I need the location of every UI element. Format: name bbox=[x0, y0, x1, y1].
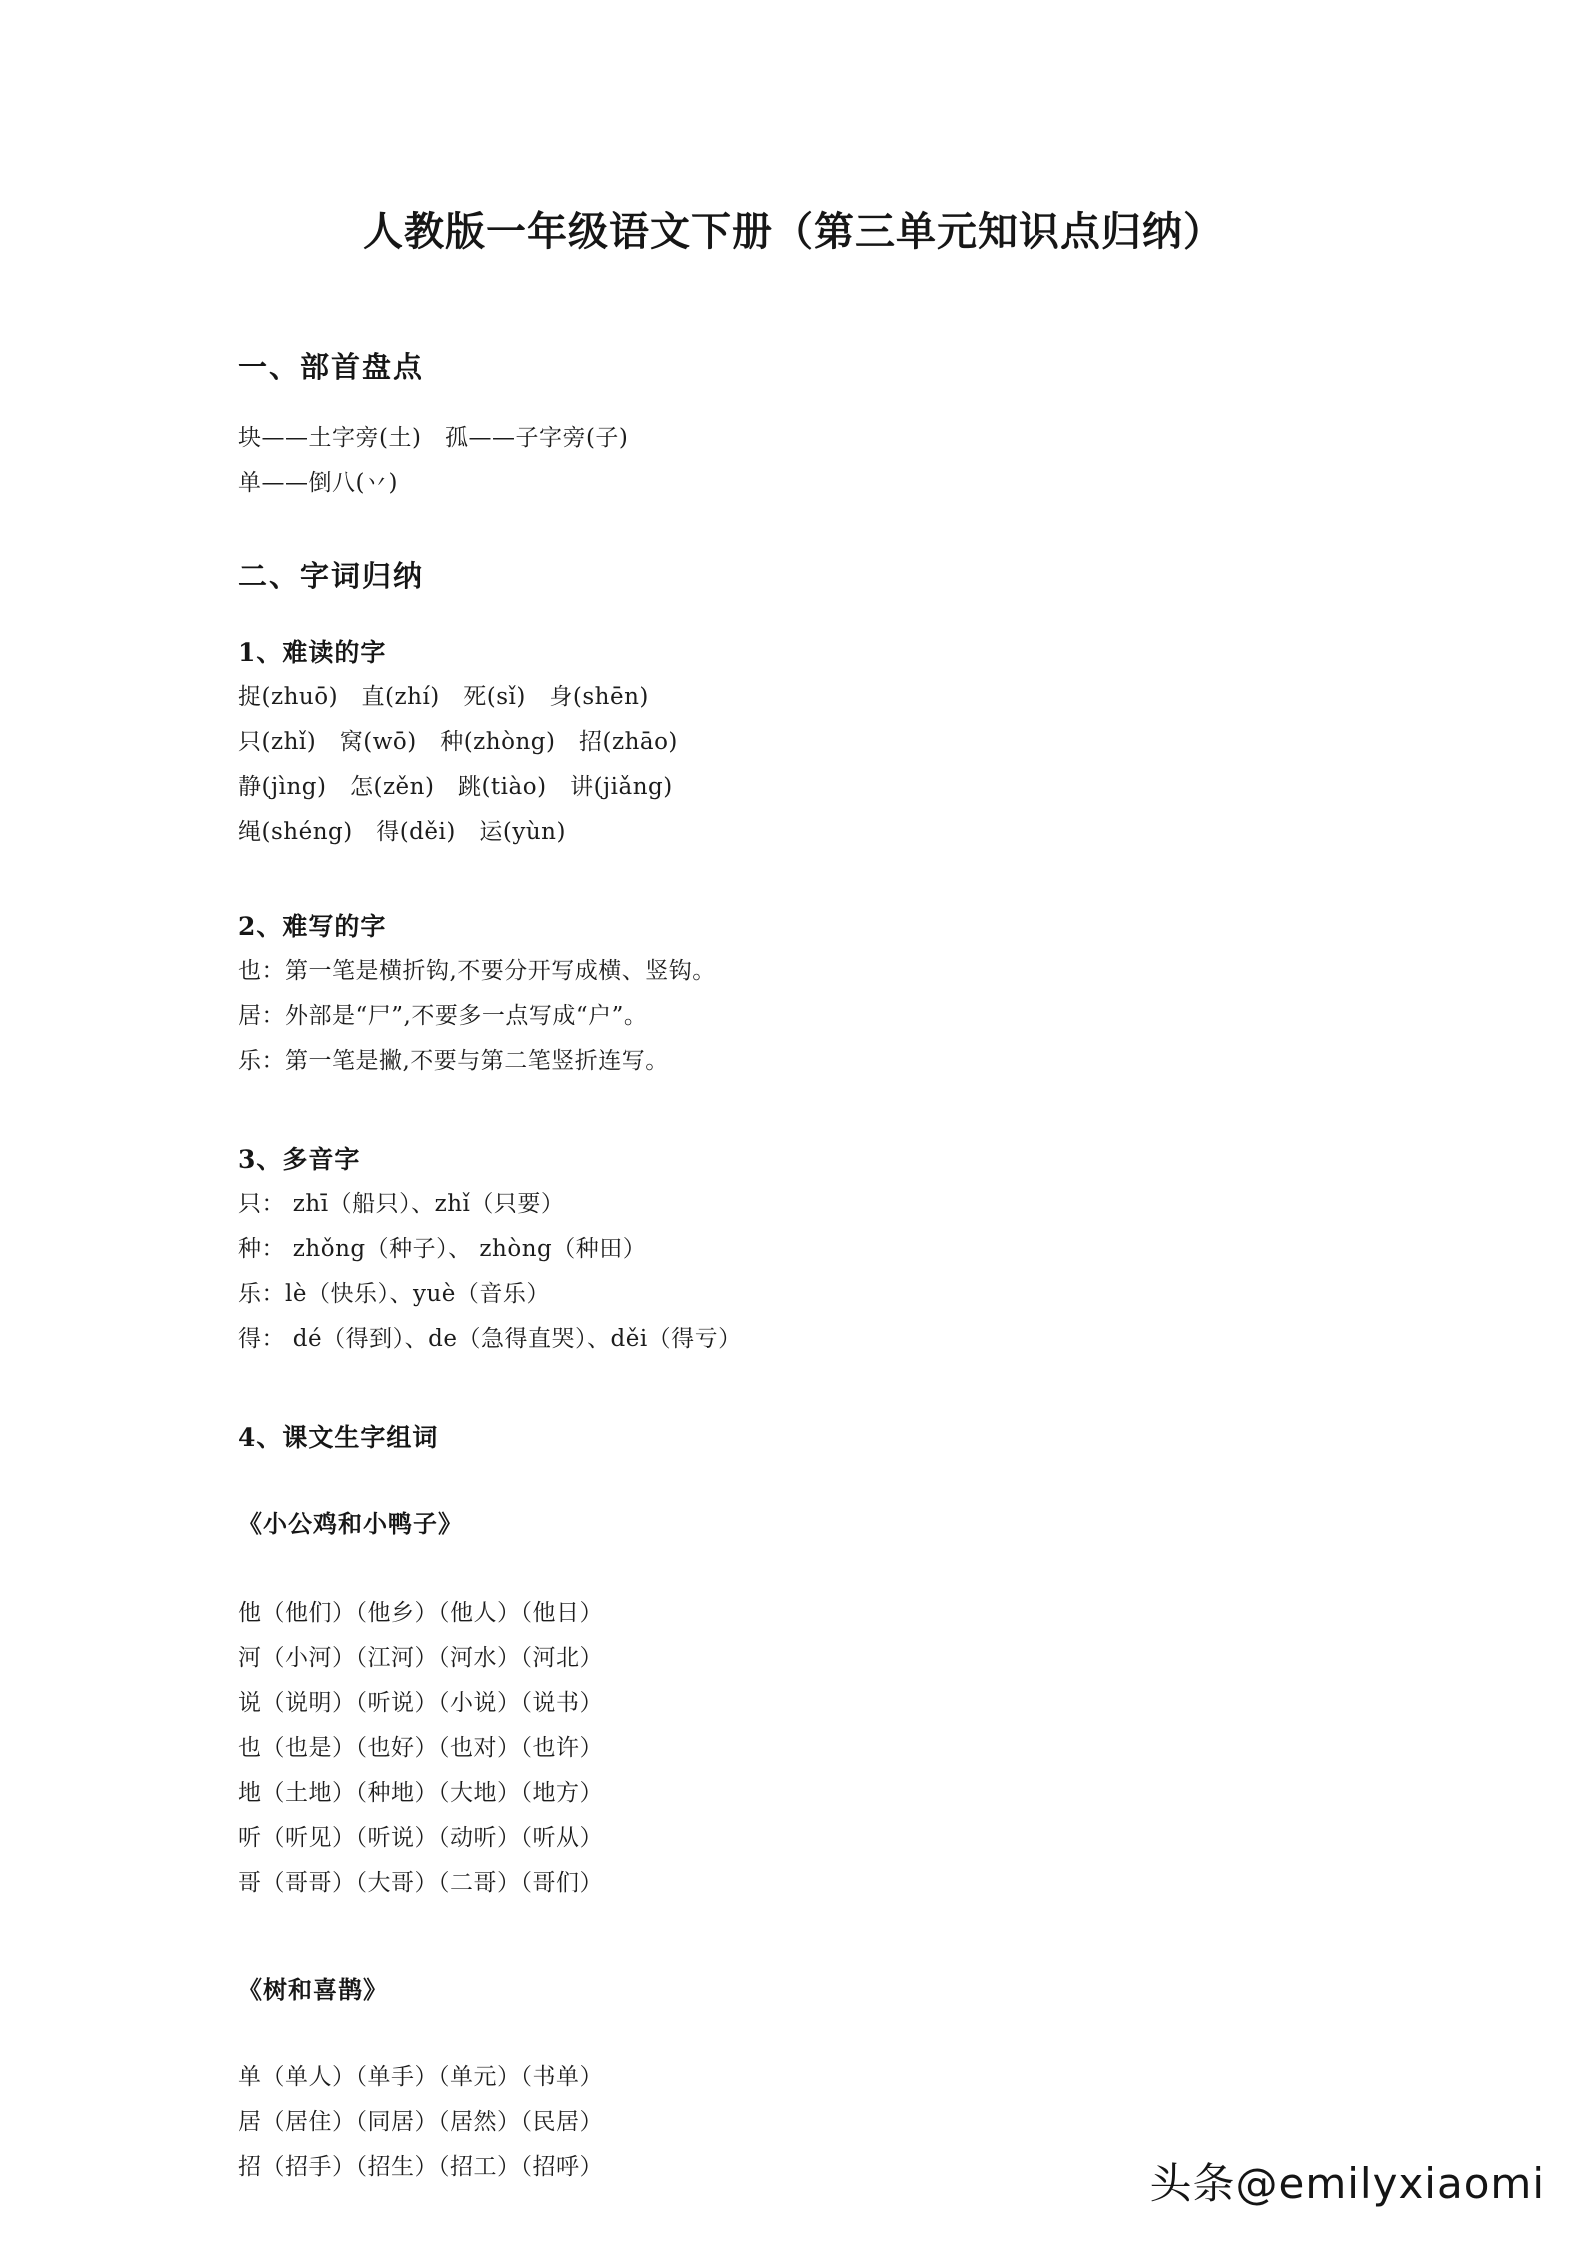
writing-note-line: 乐：第一笔是撇,不要与第二笔竖折连写。 bbox=[238, 1039, 1467, 1084]
writing-note-line: 居：外部是“尸”,不要多一点写成“户”。 bbox=[238, 994, 1467, 1039]
section-words: 二、字词归纳 1、难读的字 捉(zhuō) 直(zhí) 死(sǐ) 身(shē… bbox=[238, 554, 1467, 2190]
subsection-hard-to-read-heading: 1、难读的字 bbox=[238, 633, 1467, 669]
section-radicals: 一、部首盘点 块——土字旁(土) 孤——子字旁(子) 单——倒八(丷) bbox=[238, 345, 1467, 506]
word-group-line: 居（居住）（同居）（居然）（民居） bbox=[238, 2100, 1467, 2145]
watermark: 头条@emilyxiaomi bbox=[1150, 2151, 1546, 2211]
word-group-line: 哥（哥哥）（大哥）（二哥）（哥们） bbox=[238, 1861, 1467, 1906]
pinyin-line: 捉(zhuō) 直(zhí) 死(sǐ) 身(shēn) bbox=[238, 675, 1467, 720]
lesson1-word-groups: 他（他们）（他乡）（他人）（他日） 河（小河）（江河）（河水）（河北） 说（说明… bbox=[238, 1591, 1467, 1906]
lesson1-title: 《小公鸡和小鸭子》 bbox=[238, 1504, 1467, 1539]
pinyin-line: 静(jìng) 怎(zěn) 跳(tiào) 讲(jiǎng) bbox=[238, 765, 1467, 810]
section-words-heading: 二、字词归纳 bbox=[238, 554, 1467, 595]
polyphonic-line: 种： zhǒng（种子）、 zhòng（种田） bbox=[238, 1227, 1467, 1272]
pinyin-line: 绳(shéng) 得(děi) 运(yùn) bbox=[238, 810, 1467, 855]
page-title: 人教版一年级语文下册（第三单元知识点归纳） bbox=[0, 0, 1587, 257]
document-content: 一、部首盘点 块——土字旁(土) 孤——子字旁(子) 单——倒八(丷) 二、字词… bbox=[0, 345, 1587, 2190]
word-group-line: 河（小河）（江河）（河水）（河北） bbox=[238, 1636, 1467, 1681]
word-group-line: 听（听见）（听说）（动听）（听从） bbox=[238, 1816, 1467, 1861]
subsection-hard-to-write-heading: 2、难写的字 bbox=[238, 907, 1467, 943]
polyphonic-line: 乐：lè（快乐）、yuè（音乐） bbox=[238, 1272, 1467, 1317]
word-group-line: 说（说明）（听说）（小说）（说书） bbox=[238, 1681, 1467, 1726]
word-group-line: 他（他们）（他乡）（他人）（他日） bbox=[238, 1591, 1467, 1636]
document-page: 人教版一年级语文下册（第三单元知识点归纳） 一、部首盘点 块——土字旁(土) 孤… bbox=[0, 0, 1587, 2245]
subsection-vocab-heading: 4、课文生字组词 bbox=[238, 1418, 1467, 1454]
radical-line: 单——倒八(丷) bbox=[238, 461, 1467, 506]
lesson2-title: 《树和喜鹊》 bbox=[238, 1970, 1467, 2005]
polyphonic-line: 得： dé（得到）、de（急得直哭）、děi（得亏） bbox=[238, 1317, 1467, 1362]
writing-note-line: 也：第一笔是横折钩,不要分开写成横、竖钩。 bbox=[238, 949, 1467, 994]
word-group-line: 地（土地）（种地）（大地）（地方） bbox=[238, 1771, 1467, 1816]
subsection-polyphonic-heading: 3、多音字 bbox=[238, 1140, 1467, 1176]
word-group-line: 单（单人）（单手）（单元）（书单） bbox=[238, 2055, 1467, 2100]
polyphonic-line: 只： zhī（船只）、zhǐ（只要） bbox=[238, 1182, 1467, 1227]
word-group-line: 也（也是）（也好）（也对）（也许） bbox=[238, 1726, 1467, 1771]
pinyin-line: 只(zhǐ) 窝(wō) 种(zhòng) 招(zhāo) bbox=[238, 720, 1467, 765]
section-radicals-heading: 一、部首盘点 bbox=[238, 345, 1467, 386]
radical-line: 块——土字旁(土) 孤——子字旁(子) bbox=[238, 416, 1467, 461]
